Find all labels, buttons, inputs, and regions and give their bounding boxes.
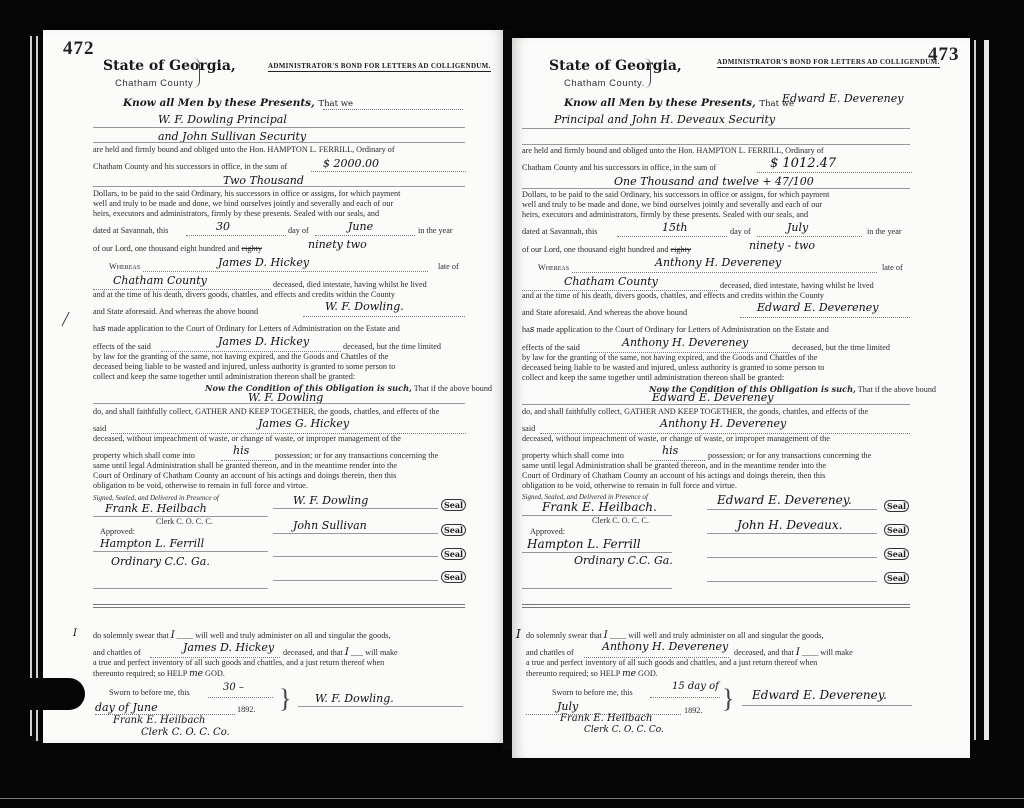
law-text: deceased being liable to be wasted and i… (522, 363, 824, 373)
late-of-label: late of (438, 262, 459, 272)
brace (193, 58, 200, 88)
form-header: ADMINISTRATOR'S BOND FOR LETTERS AD COLL… (717, 58, 940, 68)
dated-label: dated at Savannah, this (93, 226, 169, 236)
required-text: thereunto required; so HELP me GOD. (526, 669, 658, 679)
parties-principal: W. F. Dowling Principal (158, 113, 287, 126)
whereas-label: Whereas (538, 263, 569, 273)
blank-line (143, 271, 428, 272)
seal-mark: Seal (884, 500, 909, 512)
left-book-edge (36, 36, 38, 741)
security-signature: John Sullivan (293, 519, 367, 532)
year-words: ninety - two (749, 239, 815, 252)
seal-mark: Seal (441, 571, 466, 583)
blank-line (757, 236, 862, 237)
year-words: ninety two (308, 238, 367, 251)
clerk-signature: Frank E. Heilbach (560, 713, 652, 724)
sworn-day: 15 day of (672, 681, 719, 692)
property-suffix: possession; or for any transactions conc… (275, 451, 438, 461)
signature-line (707, 533, 877, 534)
sum-label: Chatham County and his successors in off… (522, 163, 716, 173)
clerk-label: Clerk C. O. C. C. (592, 516, 649, 526)
security-signature: John H. Deveaux. (737, 518, 842, 532)
effects-suffix: deceased, but the time limited (792, 343, 890, 353)
year-label: in the year (418, 226, 453, 236)
signature-line (707, 509, 877, 510)
law-text: by law for the granting of the same, not… (93, 352, 388, 362)
blank-line (650, 697, 720, 698)
year-label: in the year (867, 227, 902, 237)
left-book-edge (30, 36, 32, 736)
approved-signature: Hampton L. Ferrill (100, 537, 204, 550)
seal-mark: Seal (884, 548, 909, 560)
margin-mark: ╱ (62, 312, 69, 327)
right-book-edge (984, 40, 989, 740)
day-value: 15th (662, 221, 688, 234)
section-divider (522, 604, 910, 608)
oath-mark: I (73, 628, 77, 639)
chattles-label: and chattles of (93, 648, 141, 658)
deceased-name: James D. Hickey (218, 256, 309, 269)
possession-value: his (662, 444, 678, 457)
required-text: thereunto required; so HELP me GOD. (93, 669, 225, 679)
property-suffix: possession; or for any transactions conc… (708, 451, 871, 461)
legal-text: Court of Ordinary of Chatham County an a… (522, 471, 825, 481)
legal-text: same until legal Administration shall be… (93, 461, 397, 471)
month-value: June (348, 220, 373, 233)
lord-text: of our Lord, one thousand eight hundred … (93, 244, 262, 254)
deceased-text: deceased, died intestate, having whilst … (273, 280, 427, 290)
blank-line (93, 403, 465, 404)
seal-mark: Seal (884, 524, 909, 536)
clerk-signature-title: Clerk C. O. C. Co. (141, 727, 230, 738)
bottom-rule (0, 798, 1024, 799)
seal-mark: Seal (441, 548, 466, 560)
blank-line (740, 317, 910, 318)
affiant-signature: Edward E. Devereney. (752, 688, 887, 702)
state-aforesaid: and State aforesaid. And whereas the abo… (522, 308, 687, 318)
county-heading: Chatham County (115, 78, 193, 89)
sworn-label: Sworn to before me, this (552, 688, 633, 698)
deceased-name: Anthony H. Devereney (655, 256, 781, 269)
left-page: 472 State of Georgia, Chatham County ADM… (43, 30, 505, 743)
day-value: 30 (216, 220, 230, 233)
property-label: property which shall come into (522, 451, 624, 461)
signature-line (93, 551, 268, 552)
blank-line (93, 186, 465, 187)
condition-name: Edward E. Devereney (652, 391, 774, 404)
oath-mark: I (516, 627, 521, 641)
blank-line (572, 272, 877, 273)
month-value: July (787, 221, 808, 234)
state-heading: State of Georgia, (549, 58, 682, 74)
brace: } (279, 684, 291, 714)
blank-line (303, 316, 465, 317)
legal-text: obligation to be void, otherwise to rema… (93, 481, 308, 491)
late-of-place: Chatham County (113, 274, 207, 287)
principal-signature: W. F. Dowling (293, 494, 368, 507)
approved-label: Approved: (100, 527, 135, 537)
blank-line (208, 697, 273, 698)
time-text: and at the time of his death, divers goo… (522, 291, 824, 301)
impeachment-text: deceased, without impeachment of waste, … (522, 434, 830, 444)
seal-mark: Seal (441, 524, 466, 536)
sworn-year: 1892. (684, 706, 702, 716)
bound-text: are held and firmly bound and obliged un… (522, 146, 824, 156)
inventory-text: a true and perfect inventory of all such… (93, 658, 384, 668)
legal-text: obligation to be void, otherwise to rema… (522, 481, 737, 491)
signature-line (93, 588, 268, 589)
effects-label: effects of the said (522, 343, 580, 353)
page-number: 472 (63, 38, 95, 60)
effects-name: James D. Hickey (218, 335, 309, 348)
property-label: property which shall come into (93, 451, 195, 461)
chattles-suffix: deceased, and that I ____ will make (734, 648, 853, 658)
time-text: and at the time of his death, divers goo… (93, 290, 395, 300)
signature-line (522, 552, 672, 553)
late-of-place: Chatham County (564, 275, 658, 288)
dollars-text: heirs, executors and administrators, fir… (522, 210, 808, 220)
blank-line (93, 142, 465, 143)
blank-line (522, 404, 910, 405)
law-text: deceased being liable to be wasted and i… (93, 362, 395, 372)
effects-name: Anthony H. Devereney (622, 336, 748, 349)
seal-mark: Seal (441, 499, 466, 511)
signature-line (273, 580, 438, 581)
law-text: collect and keep the same together until… (522, 373, 784, 383)
signature-line (707, 557, 877, 558)
sworn-year: 1892. (237, 705, 255, 715)
legal-text: same until legal Administration shall be… (522, 461, 826, 471)
blank-line (522, 144, 910, 145)
blank-line (757, 172, 912, 173)
day-of-label: day of (288, 226, 309, 236)
signature-line (273, 508, 438, 509)
sum-words: One Thousand and twelve + 47/100 (614, 175, 814, 188)
signature-line (707, 581, 877, 582)
right-book-edge (974, 40, 976, 740)
day-of-label: day of (730, 227, 751, 237)
sworn-month: day of June (95, 701, 158, 714)
oath-text: do solemnly swear that I ____ will well … (93, 631, 391, 641)
dollars-text: Dollars, to be paid to the said Ordinary… (93, 189, 400, 199)
chattles-name: Anthony H. Devereney (602, 640, 728, 653)
witness-signature: Frank E. Heilbach. (542, 500, 657, 514)
impeachment-text: deceased, without impeachment of waste, … (93, 434, 401, 444)
law-text: collect and keep the same together until… (93, 372, 355, 382)
dollars-text: well and truly to be made and done, we b… (522, 200, 822, 210)
form-header: ADMINISTRATOR'S BOND FOR LETTERS AD COLL… (268, 62, 491, 72)
possession-value: his (233, 444, 249, 457)
blank-line (311, 171, 466, 172)
said-name: James G. Hickey (258, 417, 349, 430)
law-text: by law for the granting of the same, not… (522, 353, 817, 363)
witness-signature: Frank E. Heilbach (105, 502, 207, 515)
sum-value: $ 1012.47 (770, 156, 836, 171)
blank-line (323, 109, 463, 110)
dated-label: dated at Savannah, this (522, 227, 598, 237)
legal-text: Court of Ordinary of Chatham County an a… (93, 471, 396, 481)
approved-title: Ordinary C.C. Ga. (111, 555, 210, 568)
know-all-heading: Know all Men by these Presents, That we (123, 97, 353, 109)
sworn-month: July (557, 700, 578, 713)
collect-text: do, and shall faithfully collect, GATHER… (522, 407, 868, 417)
whereas-label: Whereas (109, 262, 140, 272)
blank-line (315, 235, 415, 236)
sworn-label: Sworn to before me, this (109, 688, 190, 698)
application-text: has made application to the Court of Ord… (93, 324, 400, 334)
state-aforesaid: and State aforesaid. And whereas the abo… (93, 307, 258, 317)
application-text: has made application to the Court of Ord… (522, 325, 829, 335)
signature-line (273, 556, 438, 557)
deceased-text: deceased, died intestate, having whilst … (720, 281, 874, 291)
sworn-day: 30 – (223, 682, 244, 693)
bound-name: W. F. Dowling. (325, 300, 404, 313)
sum-label: Chatham County and his successors in off… (93, 162, 287, 172)
know-all-heading: Know all Men by these Presents, That we (564, 97, 794, 109)
effects-suffix: deceased, but the time limited (343, 342, 441, 352)
bound-name: Edward E. Devereney (757, 301, 879, 314)
brace: } (722, 684, 734, 714)
signature-line (522, 588, 672, 589)
signature-line (298, 706, 463, 707)
signature-line (273, 533, 438, 534)
blank-line (617, 236, 727, 237)
section-divider (93, 604, 465, 608)
state-heading: State of Georgia, (103, 58, 236, 74)
seal-mark: Seal (884, 572, 909, 584)
blank-line (522, 128, 910, 129)
brace (644, 58, 651, 88)
principal-signature: Edward E. Devereney. (717, 493, 852, 507)
chattles-name: James D. Hickey (183, 641, 274, 654)
inventory-text: a true and perfect inventory of all such… (526, 658, 817, 668)
approved-title: Ordinary C.C. Ga. (574, 554, 673, 567)
finger-shadow (0, 678, 85, 710)
parties-principal: Edward E. Devereney (782, 92, 904, 105)
lord-text: of our Lord, one thousand eight hundred … (522, 245, 691, 255)
county-heading: Chatham County. (564, 78, 645, 89)
chattles-suffix: deceased, and that I ___ will make (283, 648, 398, 658)
approved-signature: Hampton L. Ferrill (527, 537, 641, 551)
dollars-text: well and truly to be made and done, we b… (93, 199, 393, 209)
blank-line (93, 127, 465, 128)
chattles-label: and chattles of (526, 648, 574, 658)
parties-security: Principal and John H. Deveaux Security (554, 113, 775, 126)
clerk-signature: Frank E. Heilbach (113, 715, 205, 726)
approved-label: Approved: (530, 527, 565, 537)
affiant-signature: W. F. Dowling. (315, 692, 394, 705)
said-name: Anthony H. Devereney (660, 417, 786, 430)
sum-value: $ 2000.00 (323, 157, 379, 170)
clerk-label: Clerk C. O. C. C. (156, 517, 213, 527)
collect-text: do, and shall faithfully collect, GATHER… (93, 407, 439, 417)
blank-line (522, 188, 910, 189)
bound-text: are held and firmly bound and obliged un… (93, 145, 395, 155)
said-label: said (93, 424, 106, 434)
dollars-text: heirs, executors and administrators, fir… (93, 209, 379, 219)
clerk-signature-title: Clerk C. O. C. Co. (584, 725, 664, 735)
blank-line (186, 235, 286, 236)
dollars-text: Dollars, to be paid to the said Ordinary… (522, 190, 829, 200)
right-page: 473 State of Georgia, Chatham County. AD… (512, 38, 970, 758)
said-label: said (522, 424, 535, 434)
signature-line (742, 705, 912, 706)
late-of-label: late of (882, 263, 903, 273)
effects-label: effects of the said (93, 342, 151, 352)
